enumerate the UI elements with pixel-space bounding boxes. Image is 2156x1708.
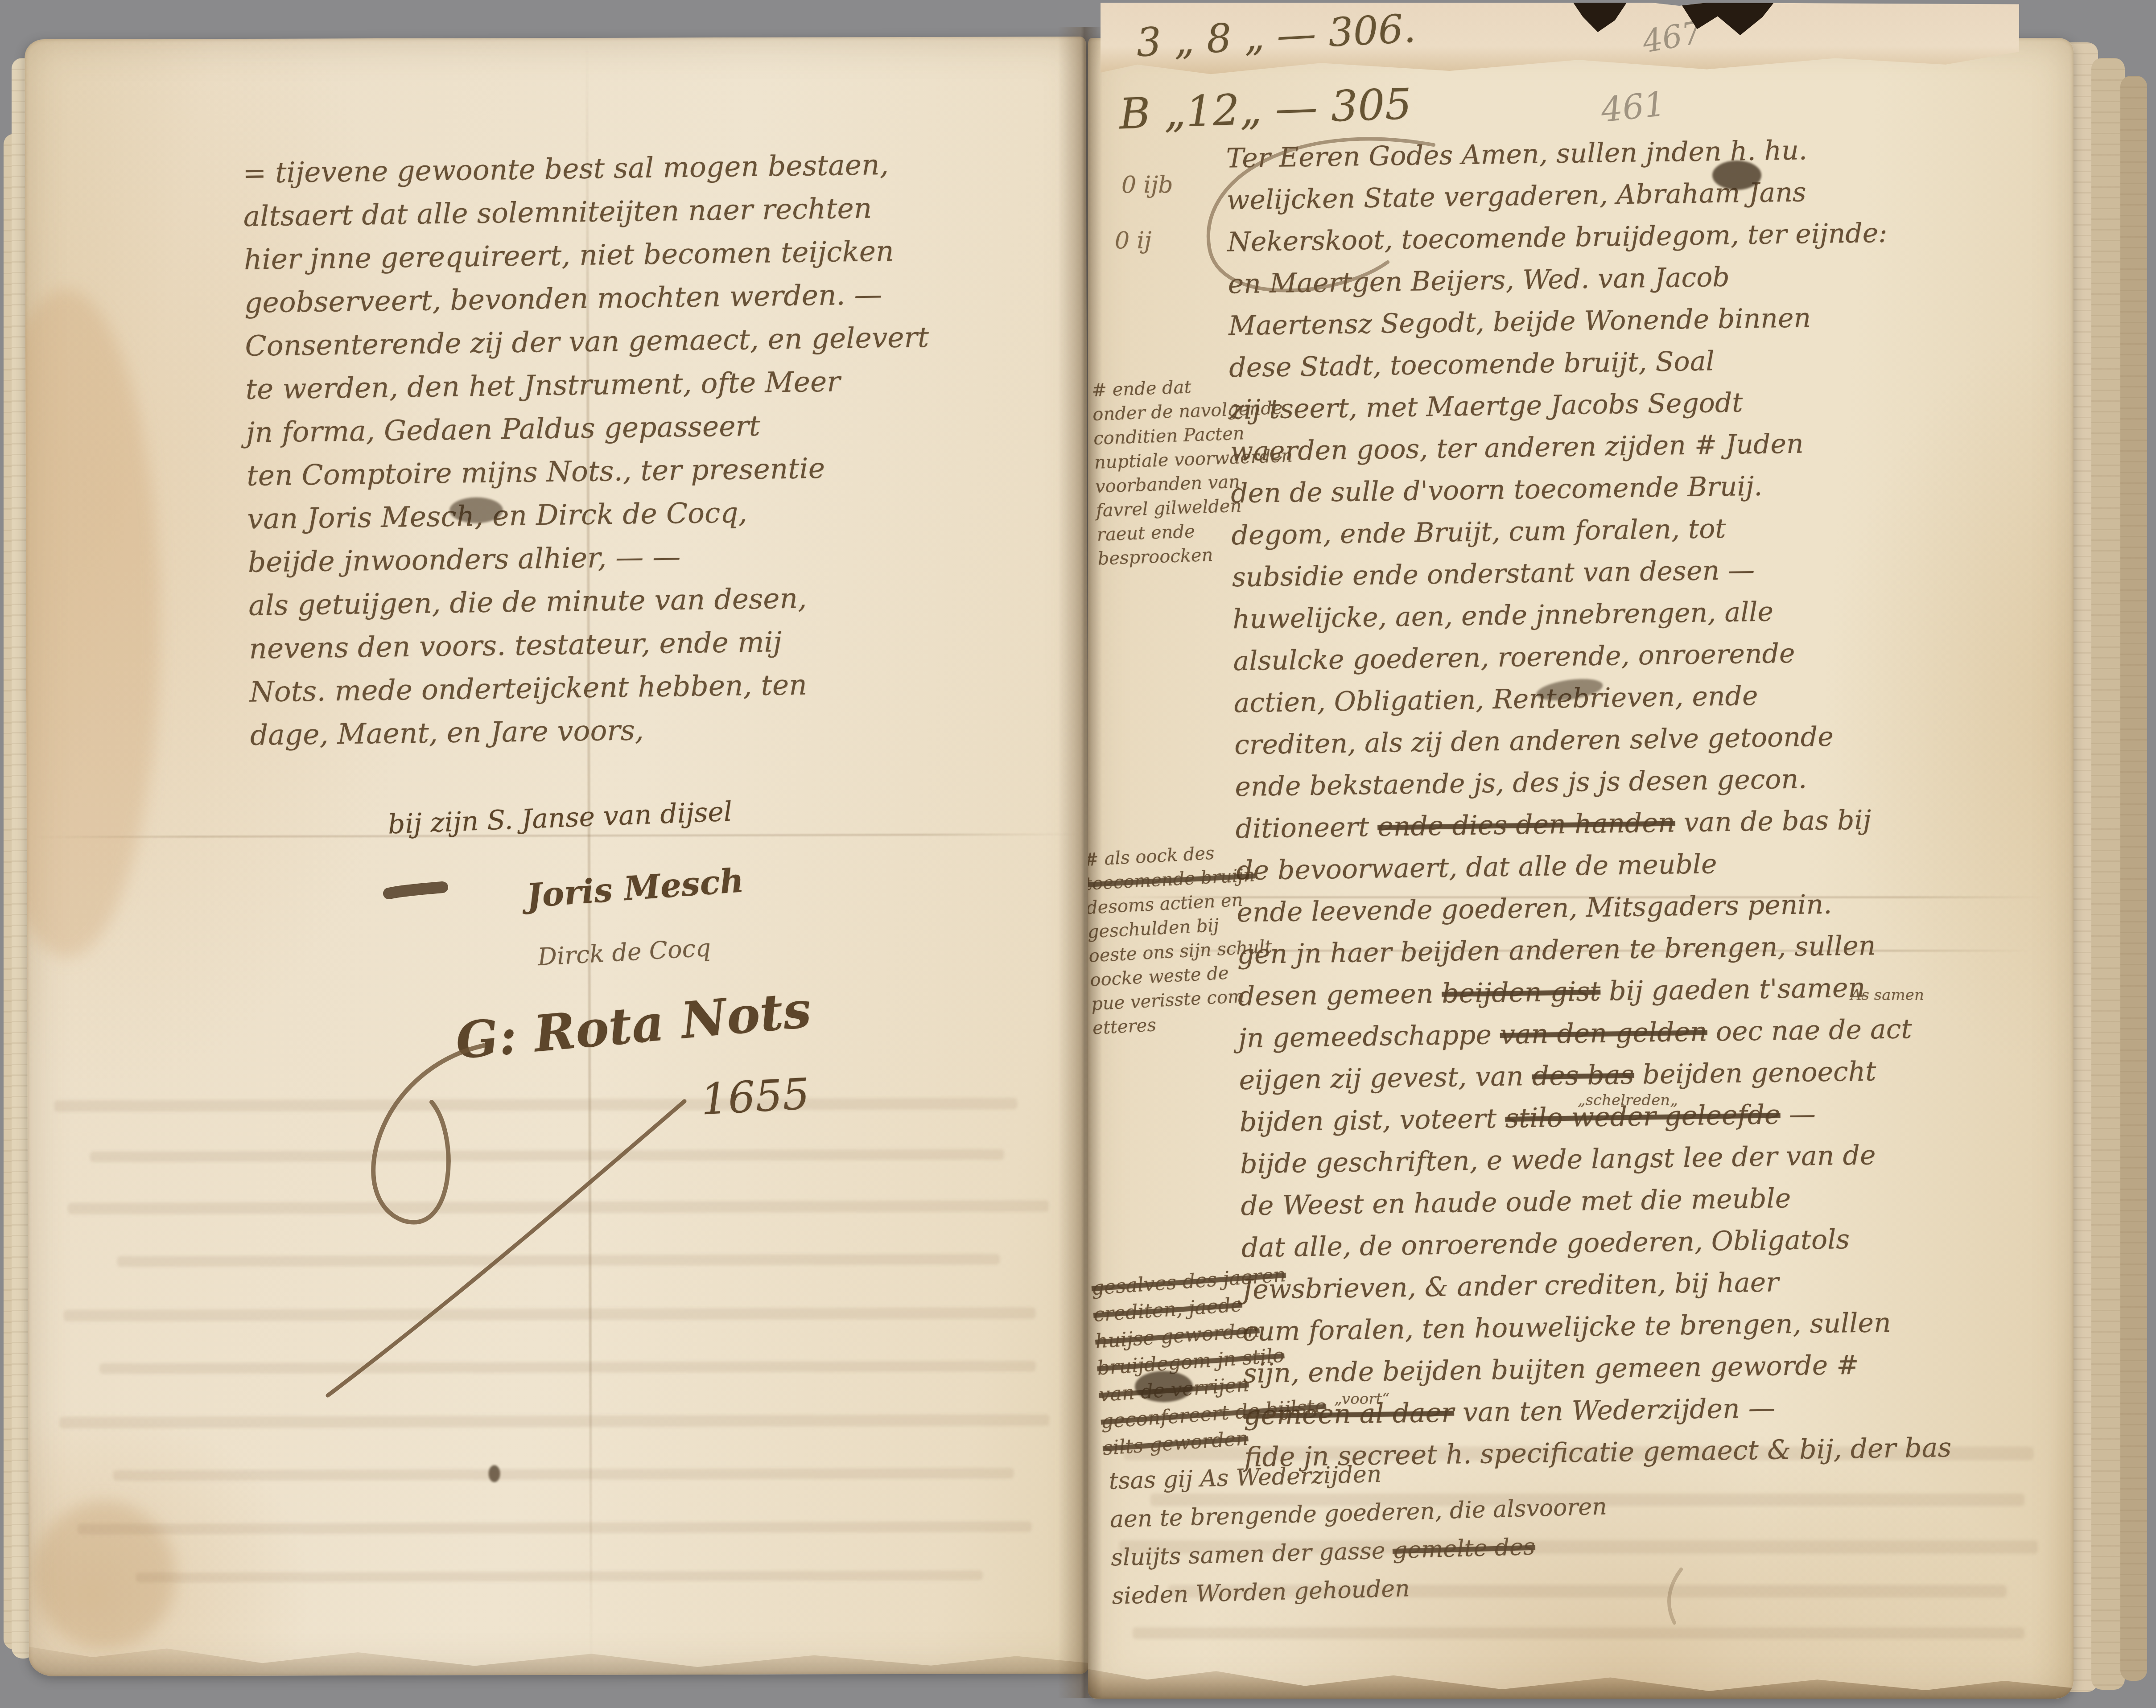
bleedthrough-line [1168, 1585, 2007, 1597]
right-page-smudge-line [1115, 896, 2042, 898]
binding-gap-dark [1573, 3, 1627, 32]
ink-blot [449, 497, 503, 523]
bleedthrough-line [113, 1468, 1014, 1481]
bleedthrough-line [90, 1149, 1004, 1162]
right-page: B „12„ — 305 461 0 ijb 0 ij Ter Eeren Go… [1088, 38, 2074, 1699]
bleedthrough-line [59, 1414, 1049, 1428]
folio-number-pencil: 461 [1599, 84, 1668, 130]
left-page: = tijevene gewoonte best sal mogen besta… [25, 37, 1090, 1676]
folio-number-ink: B „12„ — 305 [1118, 80, 1413, 139]
ink-smudge [1712, 161, 1761, 190]
margin-note-line: besproocken [1097, 542, 1250, 571]
right-page-smudge-line [1128, 950, 2029, 952]
bleedthrough-line [64, 1307, 1036, 1321]
left-edge-stain [25, 288, 161, 958]
closing-line: bij zijn S. Janse van dijsel [388, 796, 733, 840]
margin-note-struck-block: gesalves des jaerencrediten, jaedehuijse… [1091, 1260, 1317, 1462]
bleedthrough-line [1150, 1494, 2024, 1506]
left-page-horizontal-crease [36, 833, 1079, 838]
stacked-sheet-edge-right-3 [2120, 76, 2147, 1681]
bleedthrough-line [1119, 1540, 2038, 1554]
margin-tally-mark-1: 0 ijb [1121, 172, 1173, 198]
manuscript-line: te werden, den het Jnstrument, ofte Meer [245, 359, 930, 411]
signature-notary-rota: G: Rota Nots [453, 980, 813, 1070]
bleedthrough-line [136, 1571, 983, 1583]
margin-tally-mark-2: 0 ij [1115, 227, 1151, 254]
bleedthrough-line [54, 1098, 1017, 1112]
margin-note-conditions: # ende datonder de navolgendeconditien P… [1092, 373, 1250, 571]
signature-witness-joris-mesch: Joris Mesch [525, 861, 745, 915]
manuscript-photograph: { "colors": { "background": "#8a8a8c", "… [0, 0, 2156, 1708]
bleedthrough-line [78, 1521, 1032, 1535]
left-page-paragraph: = tijevene gewoonte best sal mogen besta… [243, 143, 934, 757]
manuscript-line: dage, Maent, en Jare voors, [250, 705, 934, 757]
margin-note-bride-debts: # als oock destoecomende bruijndesoms ac… [1088, 840, 1245, 1040]
ink-smudge [1135, 1371, 1193, 1402]
stacked-sheet-edge-right-2 [2091, 58, 2125, 1690]
right-page-bottom-deckle [1088, 1656, 2074, 1699]
bleedthrough-line [117, 1254, 1000, 1267]
bleedthrough-line [1124, 1447, 2033, 1460]
fragment-folio-ink: 3 „ 8 „ — 306. [1135, 5, 1417, 66]
book-gutter-shadow [1058, 27, 1102, 1698]
right-page-paragraph: Ter Eeren Godes Amen, sullen jnden h. hu… [1226, 126, 2074, 1478]
bleedthrough-line [99, 1361, 1036, 1374]
left-page-bottom-deckle [29, 1631, 1090, 1676]
bleedthrough-line [68, 1200, 1049, 1214]
signature-year-1655: 1655 [700, 1069, 811, 1124]
bleedthrough-line [1133, 1627, 2024, 1639]
signature-witness-dirck-de-cocq: Dirck de Cocq [537, 934, 712, 971]
